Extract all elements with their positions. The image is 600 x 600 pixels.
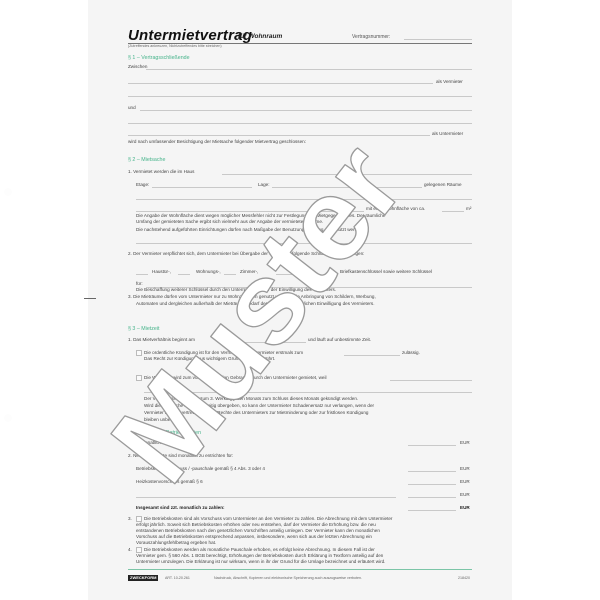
landlord-name-field[interactable] bbox=[146, 69, 472, 70]
currency-label: EUR bbox=[460, 466, 470, 472]
tenant-name-field[interactable] bbox=[140, 110, 472, 111]
key-front-door: Haustür-, bbox=[152, 269, 171, 275]
termination-option-text-2: Das Recht zur Kündigung aus wichtigem Gr… bbox=[144, 356, 275, 362]
s2-item1: 1. Vermietet werden die im Haus bbox=[128, 169, 194, 175]
punch-hole bbox=[4, 414, 12, 422]
page-title: Untermietvertrag bbox=[128, 27, 252, 44]
fold-mark bbox=[84, 298, 96, 299]
keys-note: Die Beschaffung weiterer Schlüssel durch… bbox=[136, 287, 336, 293]
start-date-field[interactable] bbox=[222, 342, 306, 343]
as-landlord-label: als Vermieter bbox=[436, 79, 463, 85]
s3-para-4: bleiben unberührt. bbox=[144, 417, 181, 423]
termination-option-checkbox[interactable] bbox=[136, 350, 142, 356]
s4-item3-line: Vorauszahlungsfehlbetrag ergeben hat. bbox=[136, 540, 216, 546]
punch-hole bbox=[4, 188, 12, 196]
rooms-field[interactable] bbox=[136, 199, 472, 200]
s2-item3-line2: Automaten und dergleichen außerhalb der … bbox=[136, 301, 375, 307]
other-costs-field[interactable] bbox=[408, 497, 456, 498]
contract-number-label: Vertragsnummer: bbox=[352, 34, 390, 40]
s4-item1: 1. Die monatliche Miete beträgt bbox=[128, 440, 192, 446]
tenant-extra-field[interactable] bbox=[128, 135, 430, 136]
other-costs-label-field[interactable] bbox=[136, 497, 396, 498]
location-field[interactable] bbox=[272, 187, 422, 188]
temporary-use-checkbox[interactable] bbox=[136, 375, 142, 381]
facilities-field[interactable] bbox=[136, 243, 472, 244]
key-count-field[interactable] bbox=[276, 274, 296, 275]
currency-label: EUR bbox=[460, 505, 470, 511]
house-address-field[interactable] bbox=[222, 174, 472, 175]
currency-label: EUR bbox=[460, 440, 470, 446]
as-tenant-label: als Untermieter bbox=[432, 131, 463, 137]
tenant-address-field[interactable] bbox=[128, 123, 472, 124]
floor-field[interactable] bbox=[152, 187, 252, 188]
area-label: mit einer Wohnfläche von ca. bbox=[366, 206, 425, 212]
area-note-2: Umfang der gemieteten Sache ergibt sich … bbox=[136, 219, 323, 225]
facilities-text: Die nachstehend aufgeführten Einrichtung… bbox=[136, 227, 364, 233]
currency-label: EUR bbox=[460, 492, 470, 498]
s3-item1-end: und läuft auf unbestimmte Zeit. bbox=[308, 337, 371, 343]
s4-item4-line: Untermieter umzulegen. Die Erklärung ist… bbox=[136, 559, 385, 565]
form-code: 218420 bbox=[458, 576, 470, 580]
footer-rule bbox=[128, 569, 472, 570]
area-unit: m² bbox=[466, 206, 471, 212]
s3-item1: 1. Das Mietverhältnis beginnt am bbox=[128, 337, 195, 343]
s2-item2: 2. Der Vermieter verpflichtet sich, dem … bbox=[128, 251, 364, 257]
total-label: Insgesamt sind zzt. monatlich zu zahlen: bbox=[136, 505, 225, 511]
section-2-heading: § 2 – Mietsache bbox=[128, 157, 165, 163]
s4-item2: 2. Neben der Miete sind monatlich zu ent… bbox=[128, 453, 233, 459]
heating-costs-label: Heizkostenvorschuss gemäß § 6 bbox=[136, 479, 203, 485]
section-4-heading: § 4 – Miete und Betriebskosten bbox=[128, 430, 201, 436]
temporary-reason-field[interactable] bbox=[390, 380, 472, 381]
temporary-use-text: Die Wohnung wird zum vorübergehenden Geb… bbox=[144, 375, 327, 381]
and-label: und bbox=[128, 105, 136, 111]
location-label: Lage: bbox=[258, 182, 270, 188]
s3-para-3: Vermieter dies zu vertreten hat. Die Rec… bbox=[144, 410, 368, 416]
s4-item3-number: 3. bbox=[128, 516, 132, 522]
operating-costs-field[interactable] bbox=[408, 471, 456, 472]
s3-para-1: Der Vertrag kann daher bis zum 3. Werkta… bbox=[144, 396, 358, 402]
brand-logo: ZWECKFORM bbox=[128, 575, 158, 581]
article-number: ART. 10-20.261 bbox=[165, 576, 190, 580]
section-1-heading: § 1 – Vertragsschließende bbox=[128, 55, 190, 61]
instruction-hint: (Zutreffendes ankreuzen, Nichtzutreffend… bbox=[128, 44, 222, 48]
key-room: Zimmer-, bbox=[240, 269, 258, 275]
contract-number-field[interactable] bbox=[404, 39, 472, 40]
total-amount-field[interactable] bbox=[408, 510, 456, 511]
key-apartment: Wohnungs-, bbox=[196, 269, 221, 275]
currency-label: EUR bbox=[460, 479, 470, 485]
temporary-reason-field-2[interactable] bbox=[144, 392, 472, 393]
heating-costs-field[interactable] bbox=[408, 484, 456, 485]
operating-costs-label: Betriebskostenvorschuss / -pauschale gem… bbox=[136, 466, 265, 472]
key-mailbox: Briefkastenschlüssel sowie weitere Schlü… bbox=[340, 269, 432, 275]
area-field[interactable] bbox=[442, 211, 464, 212]
s3-para-2: Wird die Mietsache nicht rechtzeitig übe… bbox=[144, 403, 374, 409]
key-count-field[interactable] bbox=[224, 274, 236, 275]
rooms-field-2[interactable] bbox=[136, 211, 364, 212]
rent-amount-field[interactable] bbox=[408, 445, 456, 446]
termination-date-field[interactable] bbox=[344, 355, 400, 356]
landlord-extra-field[interactable] bbox=[128, 96, 472, 97]
key-count-field[interactable] bbox=[178, 274, 190, 275]
closing-text: wird nach umfassender Besichtigung der M… bbox=[128, 139, 306, 145]
s4-item4-number: 4. bbox=[128, 547, 132, 553]
key-count-field[interactable] bbox=[136, 274, 148, 275]
floor-label: Etage: bbox=[136, 182, 149, 188]
landlord-address-field[interactable] bbox=[128, 83, 433, 84]
section-3-heading: § 3 – Mietzeit bbox=[128, 326, 160, 332]
s2-item3-line1: 3. Die Mieträume dürfen vom Untermieter … bbox=[128, 294, 376, 300]
copyright-notice: Nachdruck, Abschrift, Kopieren und elekt… bbox=[214, 576, 362, 580]
between-label: Zwischen bbox=[128, 64, 147, 70]
termination-option-end: zulässig. bbox=[402, 350, 420, 356]
page-subtitle: für Wohnraum bbox=[238, 33, 282, 40]
rooms-label: gelegenen Räume bbox=[424, 182, 462, 188]
